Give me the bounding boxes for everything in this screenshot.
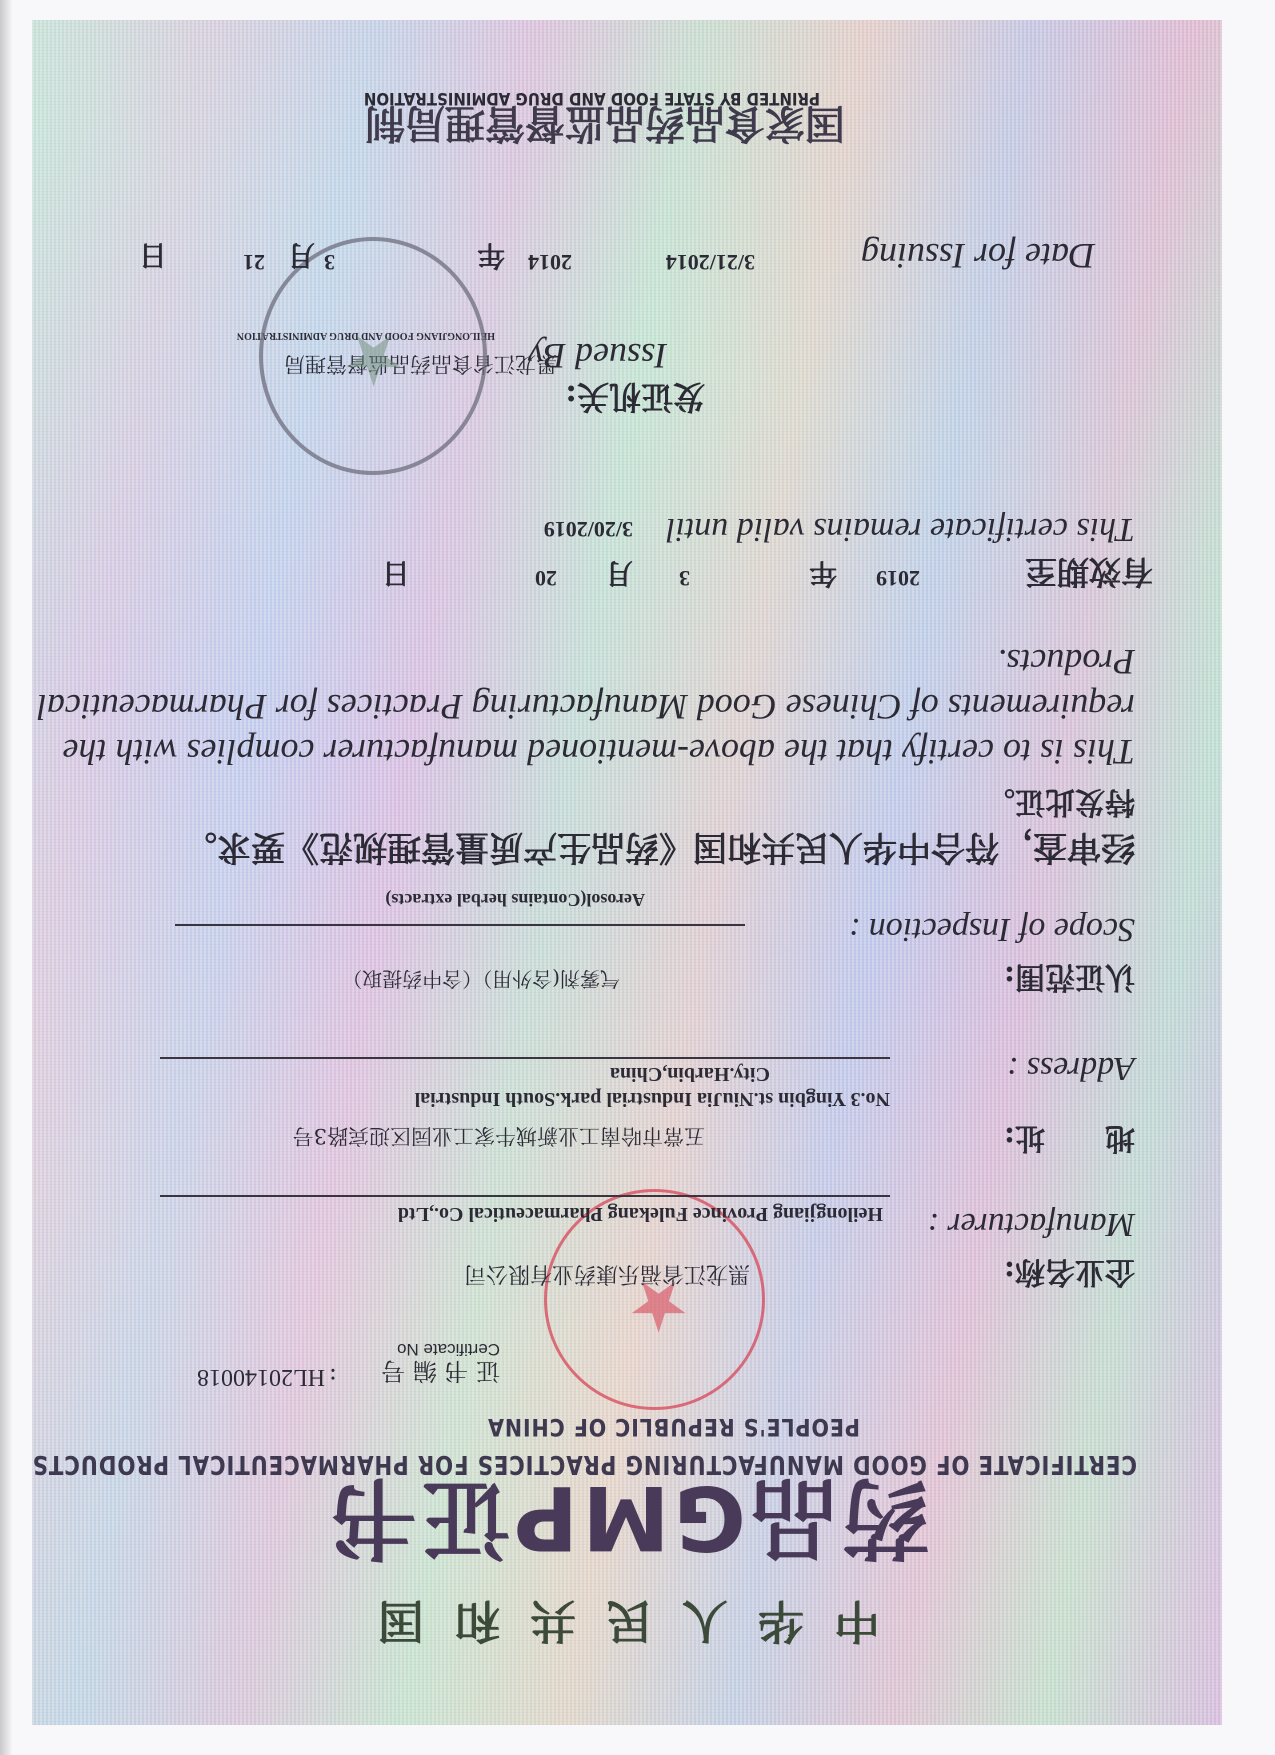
scope-value-en: Aerosol(Contains herbal extracts) bbox=[385, 889, 645, 910]
issue-date-year: 2014 bbox=[528, 249, 572, 275]
validity-month-unit: 月 bbox=[605, 555, 633, 595]
address-value-cn: 五常市哈南工业新城牛家工业园区迎宾路3号 bbox=[293, 1122, 705, 1152]
issuer-label-en: Issued By bbox=[528, 335, 667, 377]
seal-star-icon: ★ bbox=[342, 325, 405, 395]
validity-year-unit: 年 bbox=[809, 555, 837, 595]
validity-year: 2019 bbox=[876, 565, 920, 591]
manufacturer-label-cn: 企业名称: bbox=[1004, 1253, 1135, 1297]
certificate-no-value: HL20140018 bbox=[197, 1363, 325, 1390]
validity-month: 3 bbox=[679, 565, 690, 591]
scope-label-cn: 认证范围: bbox=[1004, 958, 1135, 1002]
issue-date-day: 21 bbox=[243, 249, 265, 275]
certificate-page: 中华人民共和国 药品GMP证书 CERTIFICATE OF GOOD MANU… bbox=[0, 0, 1275, 1755]
statement-en-line3: Products. bbox=[997, 641, 1135, 683]
scope-value-cn: 气雾剂(含外用）（含中药提取） bbox=[342, 966, 620, 995]
manufacturer-value-cn: 黑龙江省福乐康药业有限公司 bbox=[464, 1260, 750, 1291]
statement-en-line1: This is to certify that the above-mentio… bbox=[63, 731, 1136, 773]
address-value-en-line1: No.3 Yingbin st.NiuJia Industrial park.S… bbox=[415, 1087, 890, 1110]
issue-date-en: 3/21/2014 bbox=[666, 249, 755, 275]
manufacturer-label-en: Manufacturer : bbox=[928, 1205, 1135, 1243]
printer-en: PRINTED BY STATE FOOD AND DRUG ADMINISTR… bbox=[364, 88, 820, 108]
issue-date-label-en: Date for Issuing bbox=[861, 235, 1095, 277]
validity-day: 20 bbox=[535, 565, 557, 591]
address-underline bbox=[160, 1057, 890, 1059]
validity-label-cn: 有效期至 bbox=[1025, 551, 1153, 597]
validity-date-en: 3/20/2019 bbox=[544, 516, 633, 542]
issue-date-month: 3 bbox=[324, 249, 335, 275]
issue-date-month-unit: 月 bbox=[287, 237, 315, 277]
country-title: 中华人民共和国 bbox=[348, 1591, 880, 1657]
manufacturer-underline bbox=[160, 1195, 890, 1197]
statement-cn-line1: 经审查，符合中华人民共和国《药品生产质量管理规范》要求。 bbox=[183, 826, 1135, 875]
address-label-en: Address : bbox=[1007, 1049, 1135, 1087]
address-label-cn: 地 址: bbox=[1004, 1119, 1135, 1163]
issuer-label-cn: 发证机关: bbox=[565, 376, 705, 422]
scope-underline bbox=[175, 924, 745, 926]
statement-en-line2: requirements of Chinese Good Manufacturi… bbox=[37, 686, 1135, 728]
validity-label-en: This certificate remains valid until bbox=[666, 510, 1135, 548]
scope-label-en: Scope of Inspection : bbox=[849, 910, 1135, 948]
address-value-en-line2: City.Harbin,China bbox=[610, 1062, 770, 1085]
country-title-en: PEOPLE'S REPUBLIC OF CHINA bbox=[487, 1413, 860, 1441]
certificate-title-en: CERTIFICATE OF GOOD MANUFACTURING PRACTI… bbox=[32, 1449, 1137, 1479]
issue-date-day-unit: 日 bbox=[139, 237, 167, 277]
manufacturer-value-en: Heilongjiang Province Fulekang Pharmaceu… bbox=[398, 1202, 883, 1225]
certificate-no-label-en: Certificate No bbox=[397, 1339, 500, 1359]
certificate-no-colon: : bbox=[329, 1363, 337, 1391]
statement-cn-line2: 特发此证。 bbox=[985, 783, 1135, 827]
issue-date-year-unit: 年 bbox=[477, 237, 505, 277]
certificate-no-label: 证 书 编 号 bbox=[381, 1356, 500, 1391]
certificate-title: 药品GMP证书 bbox=[326, 1461, 930, 1587]
validity-day-unit: 日 bbox=[382, 555, 410, 595]
